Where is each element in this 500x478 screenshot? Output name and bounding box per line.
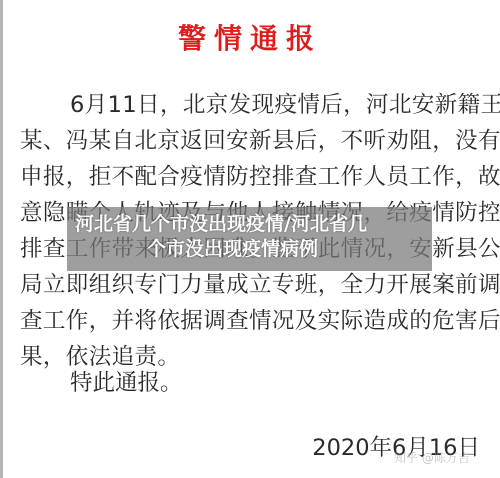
body-line: 某、冯某自北京返回安新县后，不听劝阻，没有 xyxy=(20,123,480,159)
document-title: 警情通报 xyxy=(0,22,500,56)
caption-overlay: 河北省几个市没出现疫情/河北省几 个市没出现疫情病例 xyxy=(67,207,432,262)
body-line: 6月11日，北京发现疫情后，河北安新籍王 xyxy=(20,87,480,123)
watermark: 知乎 @陈万吉 xyxy=(394,449,470,466)
page-left-border xyxy=(0,0,3,478)
body-line: 局立即组织专门力量成立专班，全力开展案前调 xyxy=(20,267,480,303)
body-line: 申报，拒不配合疫情防控排查工作人员工作，故 xyxy=(20,159,480,195)
caption-line-1: 河北省几个市没出现疫情/河北省几 xyxy=(67,212,432,237)
caption-line-2: 个市没出现疫情病例 xyxy=(67,237,432,262)
closing-statement: 特此通报。 xyxy=(70,365,183,401)
body-line: 查工作，并将依据调查情况及实际造成的危害后 xyxy=(20,303,480,339)
